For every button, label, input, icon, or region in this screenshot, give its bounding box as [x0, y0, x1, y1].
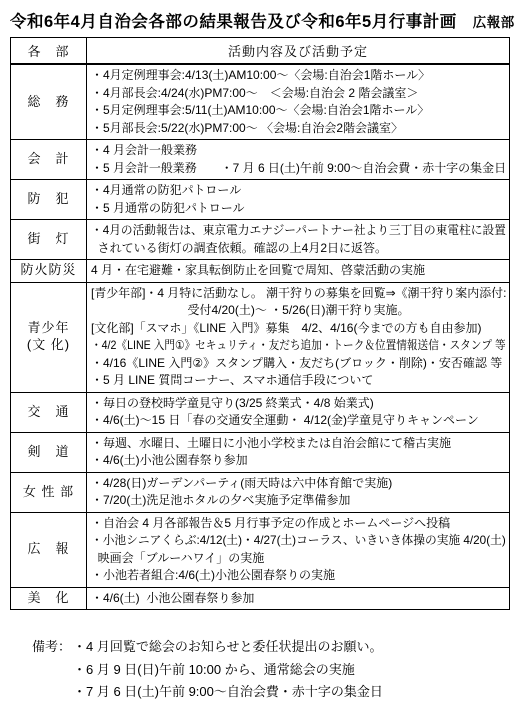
dept-label: 防 犯: [12, 191, 85, 208]
dept-label: 交 通: [12, 404, 85, 421]
activity-line: ・4月定例理事会:4/13(土)AM10:00～〈会場:自治会1階ホール〉: [91, 67, 506, 85]
table-row: 広 報・自治会 4 月各部報告＆5 月行事予定の作成とホームページへ投稿・小池シ…: [11, 512, 510, 587]
activity-line: ・4/2《LINE 入門①》セキュリティ・友だち追加・トーク＆位置情報送信・スタ…: [91, 337, 506, 355]
activity-line: ・5月部長会:5/22(水)PM7:00～ 〈会場:自治会2階会議室〉: [91, 120, 506, 138]
activity-line: ・4月の活動報告は、東京電力エナジーパートナー社より三丁目の東電柱に設置: [91, 222, 506, 240]
dept-label: 青少年: [12, 320, 85, 337]
document-page: 令和6年4月自治会各部の結果報告及び令和6年5月行事計画広報部 各 部 活動内容…: [0, 0, 520, 704]
dept-cell: 防 犯: [11, 180, 87, 220]
dept-label: (文 化): [12, 337, 85, 354]
dept-label: 剣 道: [12, 444, 85, 461]
activity-line: されている街灯の調査依頼。確認の上4月2日に返答。: [91, 240, 506, 258]
activity-line: ・4/28(日)ガーデンパーティ(雨天時は六中体育館で実施): [91, 475, 506, 493]
activity-cell: [青少年部]・4 月特に活動なし。 潮干狩りの募集を回覧⇒《潮干狩り案内添付:受…: [87, 282, 510, 392]
table-row: 総 務・4月定例理事会:4/13(土)AM10:00～〈会場:自治会1階ホール〉…: [11, 64, 510, 140]
remarks-line: ・4 月回覧で総会のお知らせと委任状提出のお願い。: [73, 636, 510, 659]
table-row: 女 性 部・4/28(日)ガーデンパーティ(雨天時は六中体育館で実施)・7/20…: [11, 472, 510, 512]
dept-cell: 女 性 部: [11, 472, 87, 512]
dept-label: 防火防災: [12, 262, 85, 279]
dept-cell: 広 報: [11, 512, 87, 587]
dept-cell: 防火防災: [11, 260, 87, 283]
dept-label: 女 性 部: [12, 484, 85, 501]
activity-line: ・自治会 4 月各部報告＆5 月行事予定の作成とホームページへ投稿: [91, 515, 506, 533]
activity-line: ・5月定例理事会:5/11(土)AM10:00～〈会場:自治会1階ホール〉: [91, 102, 506, 120]
remarks-line: ・7 月 6 日(土)午前 9:00～自治会費・赤十字の集金日: [73, 681, 510, 704]
table-row: 剣 道・毎週、水曜日、土曜日に小池小学校または自治会館にて稽古実施・4/6(土)…: [11, 432, 510, 472]
activity-cell: ・毎週、水曜日、土曜日に小池小学校または自治会館にて稽古実施・4/6(土)小池公…: [87, 432, 510, 472]
dept-cell: 交 通: [11, 392, 87, 432]
activity-line: ・4月部長会:4/24(水)PM7:00～ ＜会場:自治会 2 階会議室＞: [91, 85, 506, 103]
activity-cell: ・4月通常の防犯パトロール・5 月通常の防犯パトロール: [87, 180, 510, 220]
activity-cell: ・4 月会計一般業務・5 月会計一般業務 ・7 月 6 日(土)午前 9:00～…: [87, 140, 510, 180]
activity-line: ・4 月会計一般業務: [91, 142, 506, 160]
dept-cell: 剣 道: [11, 432, 87, 472]
dept-cell: 会 計: [11, 140, 87, 180]
table-row: 美 化・4/6(土) 小池公園春祭り参加: [11, 587, 510, 610]
activity-cell: ・自治会 4 月各部報告＆5 月行事予定の作成とホームページへ投稿・小池シニアく…: [87, 512, 510, 587]
dept-cell: 青少年(文 化): [11, 282, 87, 392]
table-row: 会 計・4 月会計一般業務・5 月会計一般業務 ・7 月 6 日(土)午前 9:…: [11, 140, 510, 180]
activity-line: ・毎週、水曜日、土曜日に小池小学校または自治会館にて稽古実施: [91, 435, 506, 453]
activity-line: ・4月通常の防犯パトロール: [91, 182, 506, 200]
activity-line: [文化部]「スマホ」《LINE 入門》募集 4/2、4/16(今までの方も自由参…: [91, 320, 506, 338]
activity-line: ・毎日の登校時学童見守り(3/25 終業式・4/8 始業式): [91, 395, 506, 413]
table-body: 総 務・4月定例理事会:4/13(土)AM10:00～〈会場:自治会1階ホール〉…: [11, 64, 510, 610]
dept-label: 広 報: [12, 541, 85, 558]
title-main: 令和6年4月自治会各部の結果報告及び令和6年5月行事計画: [10, 13, 457, 31]
title-dept-label: 広報部: [473, 15, 515, 30]
table-row: 青少年(文 化)[青少年部]・4 月特に活動なし。 潮干狩りの募集を回覧⇒《潮干…: [11, 282, 510, 392]
activity-line: ・小池シニアくらぶ:4/12(土)・4/27(土)コーラス、いきいき体操の実施 …: [91, 532, 506, 550]
activity-line: 映画会「ブルーハワイ」の実施: [91, 550, 506, 568]
activity-line: ・4/16《LINE 入門②》スタンプ購入・友だち(ブロック・削除)・安否確認 …: [91, 355, 506, 373]
activity-line: [青少年部]・4 月特に活動なし。 潮干狩りの募集を回覧⇒《潮干狩り案内添付:: [91, 285, 506, 303]
table-header-row: 各 部 活動内容及び活動予定: [11, 38, 510, 65]
activity-line: ・7/20(土)洗足池ホタルの夕べ実施予定準備参加: [91, 492, 506, 510]
table-row: 防火防災4 月・在宅避難・家具転倒防止を回覧で周知、啓蒙活動の実施: [11, 260, 510, 283]
remarks-lines: ・4 月回覧で総会のお知らせと委任状提出のお願い。・6 月 9 日(日)午前 1…: [73, 636, 510, 704]
dept-label: 美 化: [12, 590, 85, 607]
activity-line: ・5 月通常の防犯パトロール: [91, 200, 506, 218]
dept-label: 総 務: [12, 94, 85, 111]
dept-cell: 総 務: [11, 64, 87, 140]
activity-cell: ・4月の活動報告は、東京電力エナジーパートナー社より三丁目の東電柱に設置 されて…: [87, 220, 510, 260]
activity-line: ・4/6(土) 小池公園春祭り参加: [91, 590, 506, 608]
dept-label: 街 灯: [12, 231, 85, 248]
activity-line: 受付4/20(土)～ ・5/26(日)潮干狩り実施。: [91, 302, 506, 320]
activity-line: ・小池若者組合:4/6(土)小池公園春祭りの実施: [91, 567, 506, 585]
activity-cell: 4 月・在宅避難・家具転倒防止を回覧で周知、啓蒙活動の実施: [87, 260, 510, 283]
activity-line: ・4/6(土)～15 日「春の交通安全運動・ 4/12(金)学童見守りキャンペー…: [91, 412, 506, 430]
activity-cell: ・毎日の登校時学童見守り(3/25 終業式・4/8 始業式)・4/6(土)～15…: [87, 392, 510, 432]
activity-cell: ・4/28(日)ガーデンパーティ(雨天時は六中体育館で実施)・7/20(土)洗足…: [87, 472, 510, 512]
dept-label: 会 計: [12, 151, 85, 168]
activity-cell: ・4/6(土) 小池公園春祭り参加: [87, 587, 510, 610]
activity-report-table: 各 部 活動内容及び活動予定 総 務・4月定例理事会:4/13(土)AM10:0…: [10, 37, 510, 610]
table-row: 街 灯・4月の活動報告は、東京電力エナジーパートナー社より三丁目の東電柱に設置 …: [11, 220, 510, 260]
table-row: 交 通・毎日の登校時学童見守り(3/25 終業式・4/8 始業式)・4/6(土)…: [11, 392, 510, 432]
remarks-label: 備考：: [32, 636, 71, 704]
table-row: 防 犯・4月通常の防犯パトロール・5 月通常の防犯パトロール: [11, 180, 510, 220]
header-cell-activities: 活動内容及び活動予定: [87, 38, 510, 65]
dept-cell: 美 化: [11, 587, 87, 610]
remarks-line: ・6 月 9 日(日)午前 10:00 から、通常総会の実施: [73, 659, 510, 682]
remarks-section: 備考： ・4 月回覧で総会のお知らせと委任状提出のお願い。・6 月 9 日(日)…: [32, 636, 510, 704]
activity-cell: ・4月定例理事会:4/13(土)AM10:00～〈会場:自治会1階ホール〉・4月…: [87, 64, 510, 140]
page-title: 令和6年4月自治会各部の結果報告及び令和6年5月行事計画広報部: [10, 8, 510, 32]
activity-line: ・5 月会計一般業務 ・7 月 6 日(土)午前 9:00～自治会費・赤十字の集…: [91, 160, 506, 178]
activity-line: ・5 月 LINE 質問コーナー、スマホ通信手段について: [91, 372, 506, 390]
activity-line: 4 月・在宅避難・家具転倒防止を回覧で周知、啓蒙活動の実施: [91, 262, 506, 280]
activity-line: ・4/6(土)小池公園春祭り参加: [91, 452, 506, 470]
header-cell-dept: 各 部: [11, 38, 87, 65]
dept-cell: 街 灯: [11, 220, 87, 260]
